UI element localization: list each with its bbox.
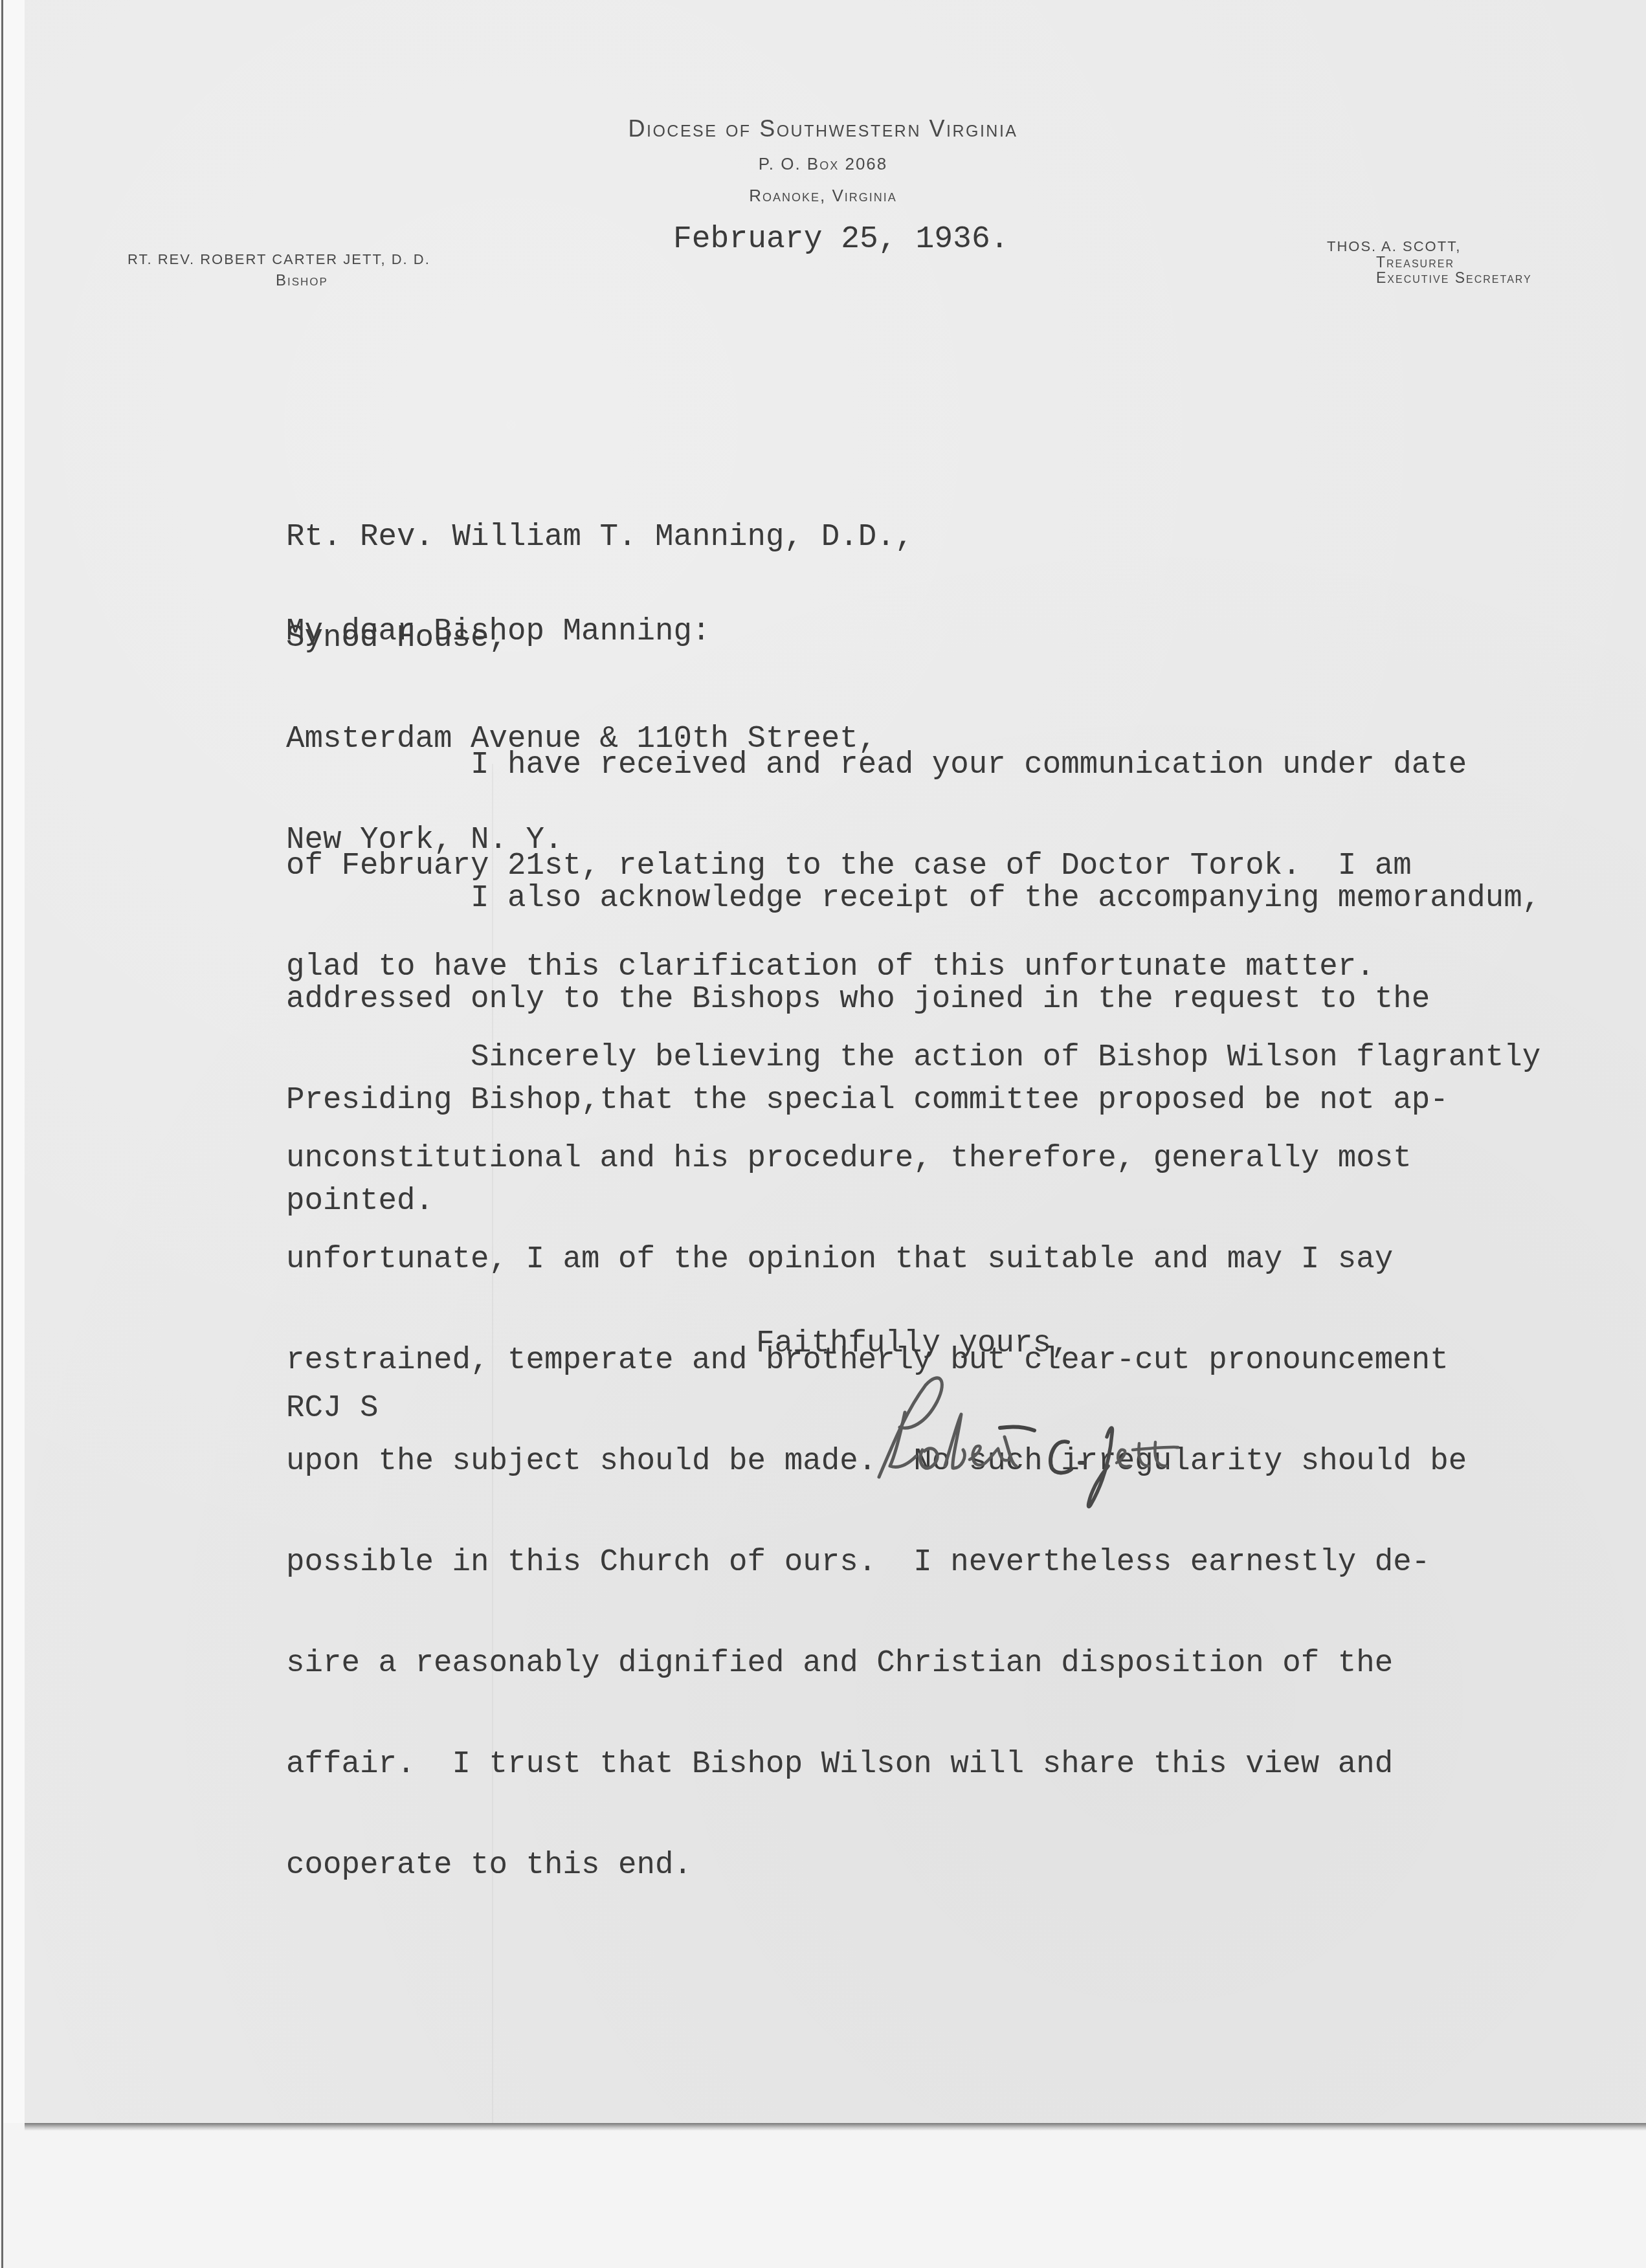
- letterhead-bishop-title: Bishop: [276, 272, 328, 290]
- letterhead-executive-secretary-role: Executive Secretary: [1376, 269, 1532, 287]
- letterhead-treasurer-name: Thos. A. Scott,: [1327, 238, 1461, 255]
- scanner-margin: [3, 0, 25, 2123]
- paragraph-line: unfortunate, I am of the opinion that su…: [286, 1243, 1540, 1276]
- closing: Faithfully yours,: [756, 1327, 1070, 1361]
- paragraph-line: sire a reasonably dignified and Christia…: [286, 1647, 1540, 1680]
- paragraph-line: affair. I trust that Bishop Wilson will …: [286, 1748, 1540, 1781]
- paragraph-line: possible in this Church of ours. I never…: [286, 1546, 1540, 1579]
- letterhead-city: Roanoke, Virginia: [0, 186, 1646, 206]
- paragraph-line: I also acknowledge receipt of the accomp…: [286, 882, 1540, 915]
- handwritten-signature: Robert C. Jett: [854, 1366, 1217, 1521]
- letterhead-treasurer-role: Treasurer: [1376, 254, 1454, 271]
- address-line: Rt. Rev. William T. Manning, D.D.,: [286, 520, 913, 554]
- paragraph-line: unconstitutional and his procedure, ther…: [286, 1142, 1540, 1175]
- paragraph-line: Sincerely believing the action of Bishop…: [286, 1041, 1540, 1074]
- paragraph-line: cooperate to this end.: [286, 1849, 1540, 1882]
- letterhead-organization: Diocese of Southwestern Virginia: [0, 115, 1646, 142]
- letterhead-po-box: P. O. Box 2068: [0, 154, 1646, 174]
- letter-date: February 25, 1936.: [673, 223, 1008, 256]
- salutation: My dear Bishop Manning:: [286, 615, 711, 649]
- page-bottom-shadow: [25, 2123, 1646, 2131]
- paragraph-line: I have received and read your communicat…: [286, 748, 1467, 782]
- letterhead-bishop-name: Rt. Rev. Robert Carter Jett, D. D.: [128, 251, 430, 268]
- reference-initials: RCJ S: [286, 1392, 379, 1425]
